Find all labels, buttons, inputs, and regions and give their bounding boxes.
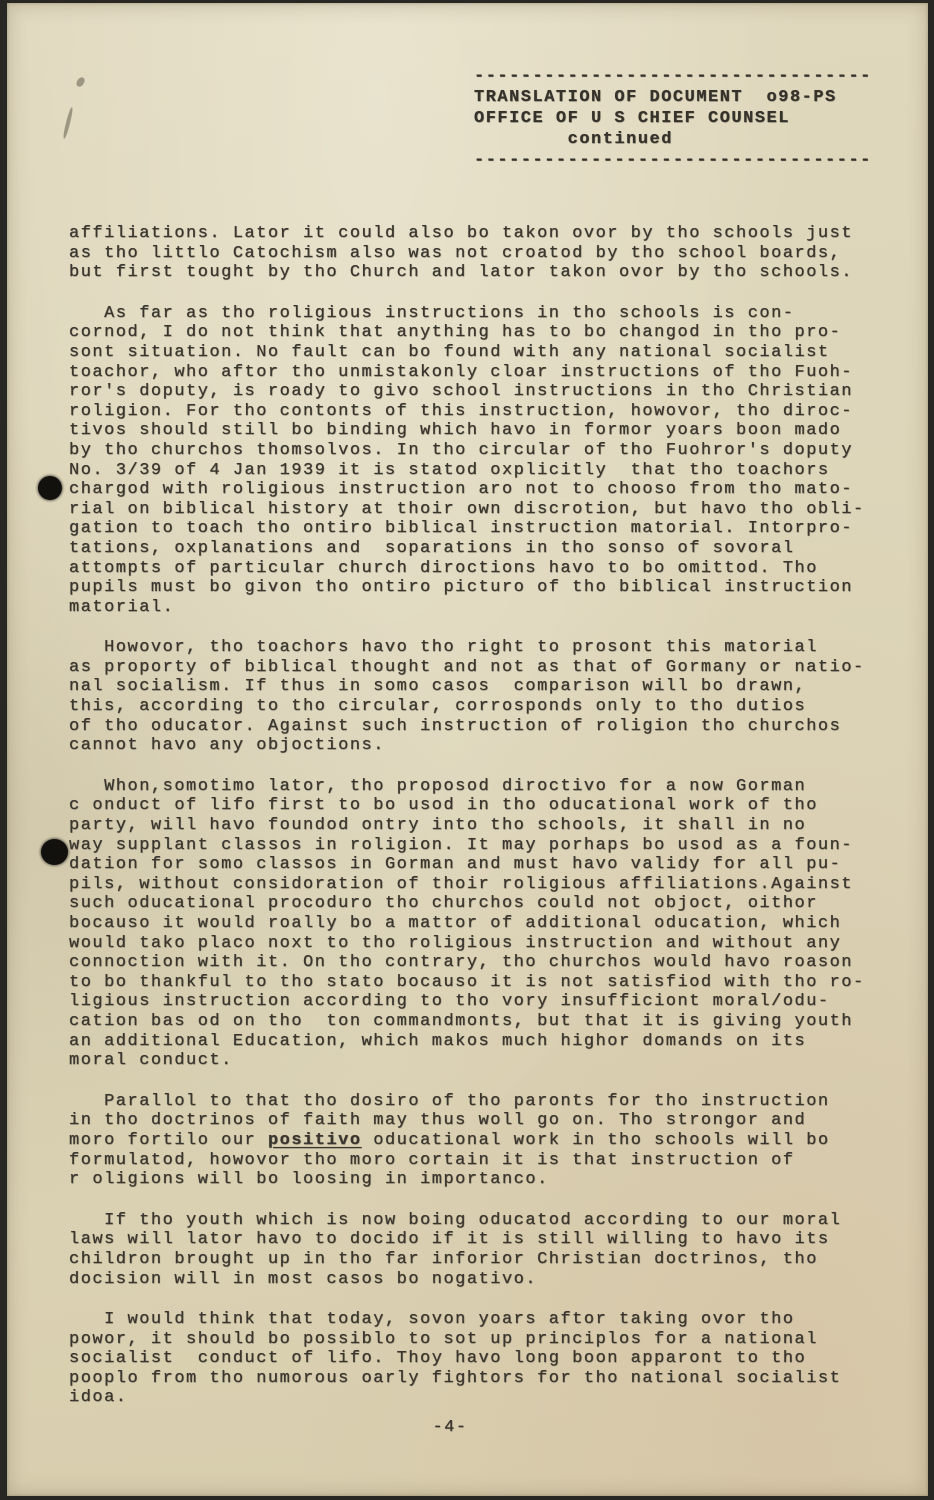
header-office-line: OFFICE OF U S CHIEF COUNSEL [474, 108, 872, 129]
page-number: -4- [69, 1418, 831, 1437]
ink-mark [75, 76, 85, 88]
paper-sheet: ---------------------------------- TRANS… [7, 3, 928, 1496]
paragraph-6: If tho youth which is now boing oducatod… [69, 1211, 889, 1289]
paragraph-4: Whon,somotimo lator, tho proposod diroct… [69, 777, 889, 1071]
header-dashed-line-bottom: ---------------------------------- [474, 150, 872, 171]
hole-punch-icon [38, 476, 62, 500]
scanned-document-page: ---------------------------------- TRANS… [0, 0, 934, 1500]
paragraph-3: Howovor, tho toachors havo tho right to … [69, 638, 889, 756]
header-title-line: TRANSLATION OF DOCUMENT o98-PS [474, 87, 872, 108]
paragraph-7: I would think that today, sovon yoars af… [69, 1310, 889, 1408]
emphasized-word-positive: positivo [268, 1131, 362, 1150]
paragraph-2: As far as tho roligious instructions in … [69, 304, 889, 618]
hole-punch-icon [41, 839, 68, 865]
paragraph-5: Parallol to that tho dosiro of tho paron… [69, 1092, 889, 1190]
header-dashed-line-top: ---------------------------------- [474, 66, 872, 87]
document-body: affiliations. Lator it could also bo tak… [69, 224, 889, 1429]
document-header: ---------------------------------- TRANS… [474, 66, 872, 171]
header-continued-line: continued [474, 129, 872, 150]
ink-mark [62, 107, 74, 139]
paragraph-1: affiliations. Lator it could also bo tak… [69, 224, 889, 283]
